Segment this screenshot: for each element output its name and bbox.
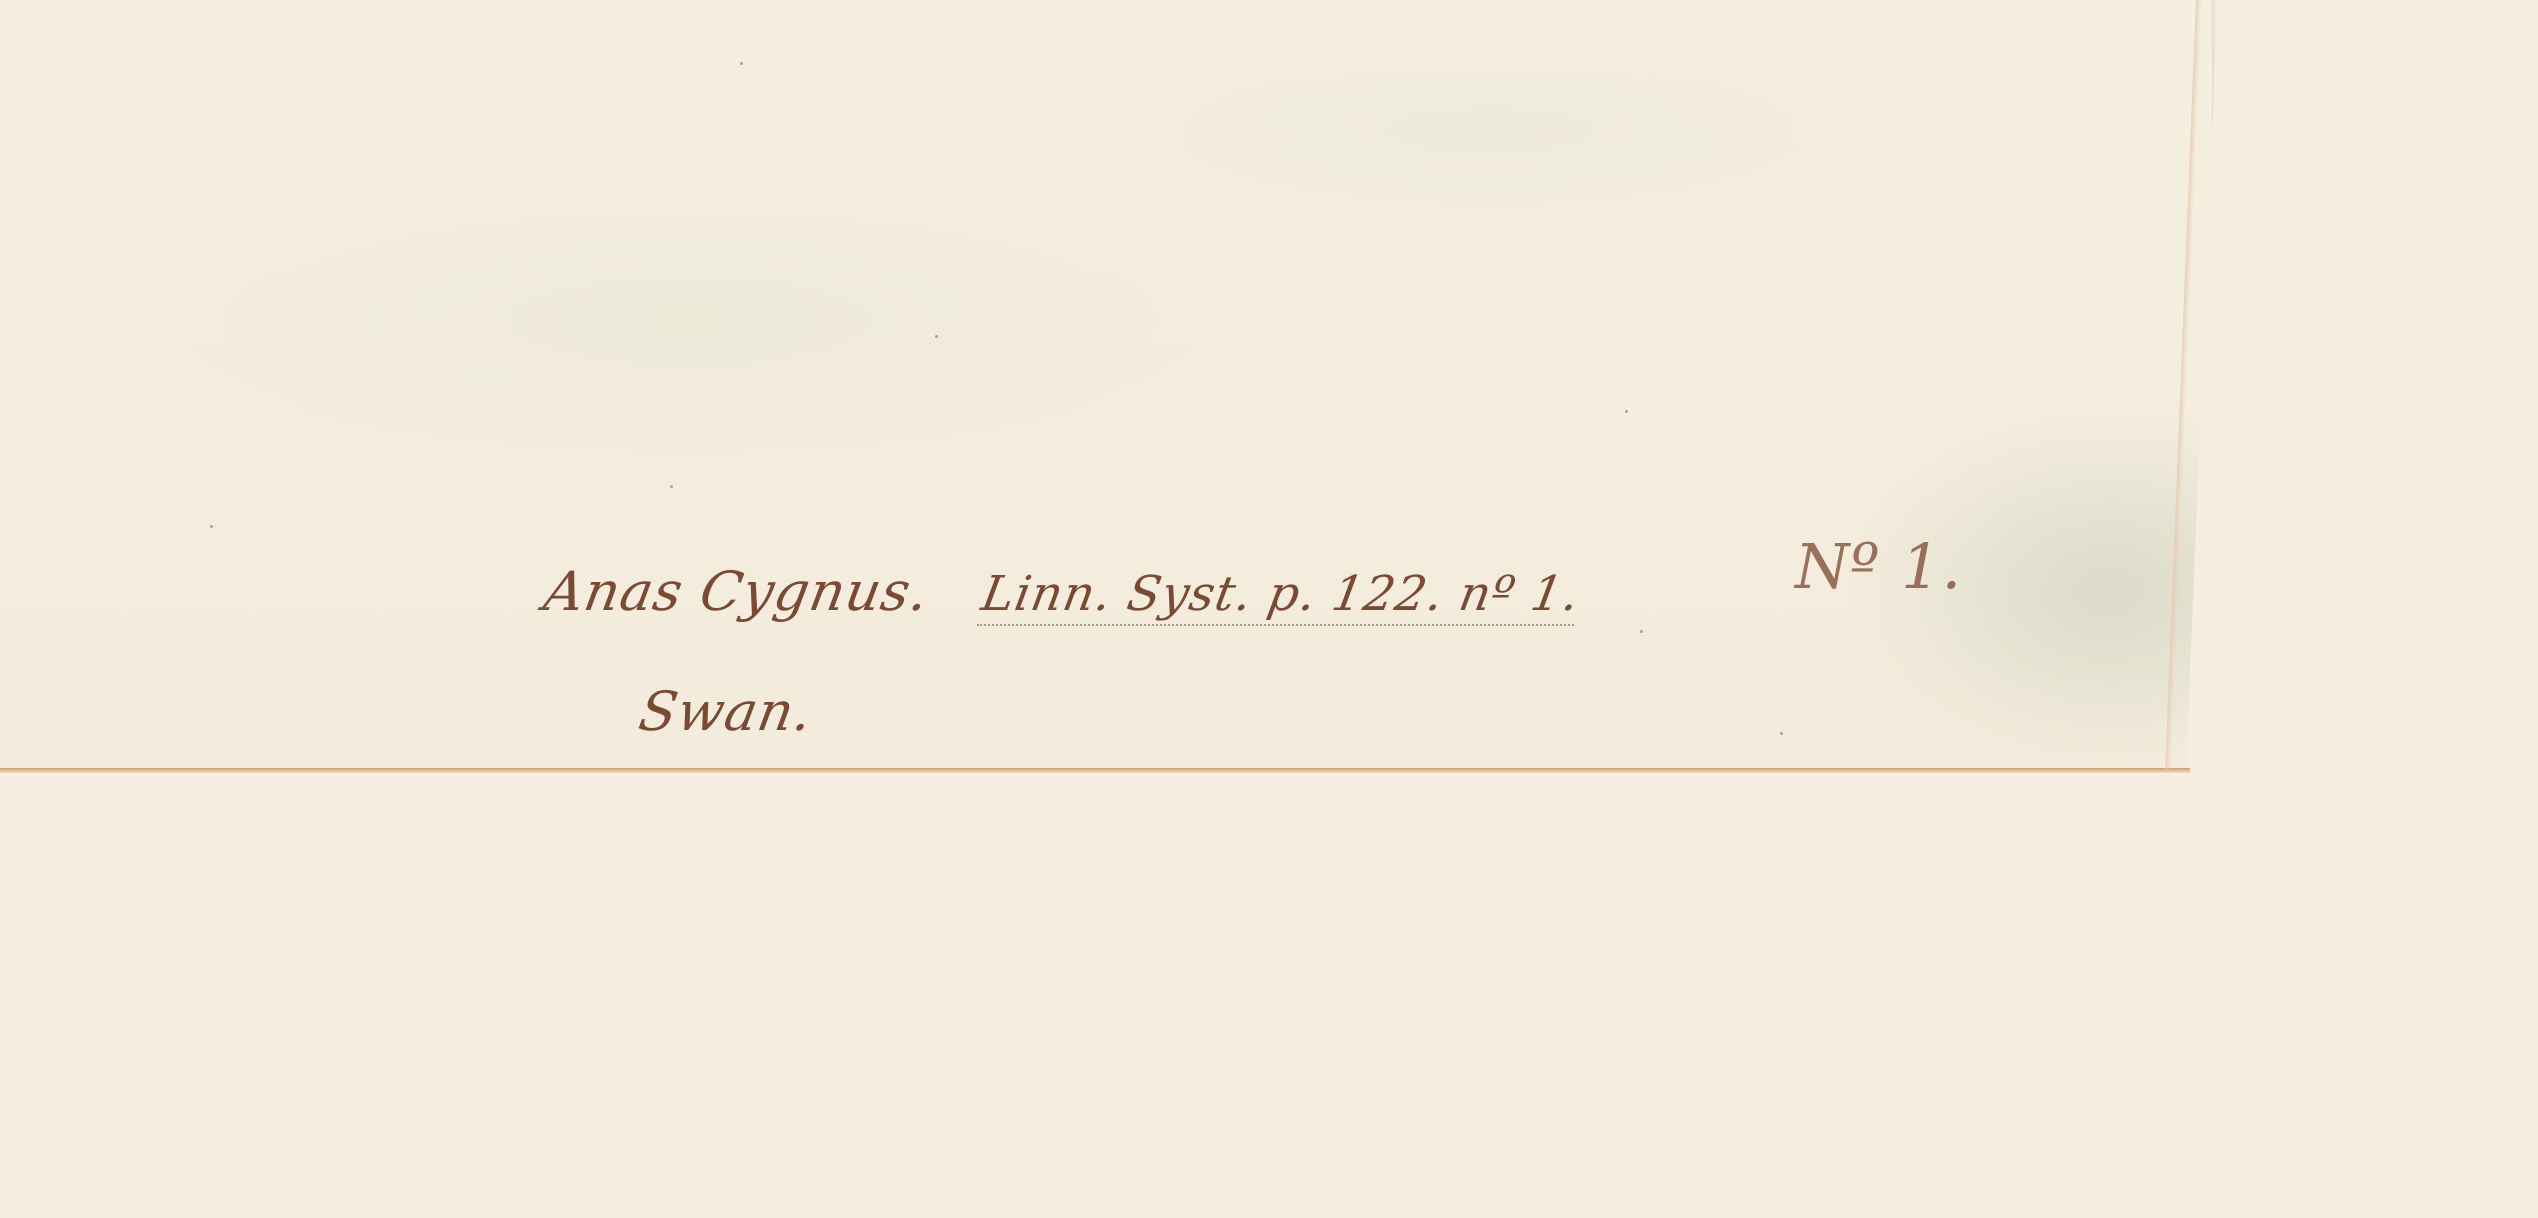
- linnaeus-reference: Linn. Syst. p. 122. nº 1.: [977, 566, 1585, 626]
- latin-species-name: Anas Cygnus.: [539, 560, 934, 623]
- paper-speck: [1625, 410, 1628, 413]
- mount-board: Anas Cygnus. Linn. Syst. p. 122. nº 1. S…: [0, 0, 2538, 1218]
- paper-speck: [740, 62, 743, 65]
- paper-speck: [670, 485, 673, 488]
- paper-speck: [935, 335, 938, 338]
- paper-speck: [210, 525, 213, 528]
- caption-latin-line: Anas Cygnus. Linn. Syst. p. 122. nº 1.: [539, 560, 1585, 623]
- caption-common-name: Swan.: [634, 680, 817, 743]
- paper-speck: [1640, 630, 1643, 633]
- paper-bottom-edge: [0, 768, 2190, 773]
- paper-speck: [1780, 732, 1783, 735]
- plate-number: Nº 1.: [1795, 530, 1962, 603]
- paper-sheet: [0, 0, 2212, 772]
